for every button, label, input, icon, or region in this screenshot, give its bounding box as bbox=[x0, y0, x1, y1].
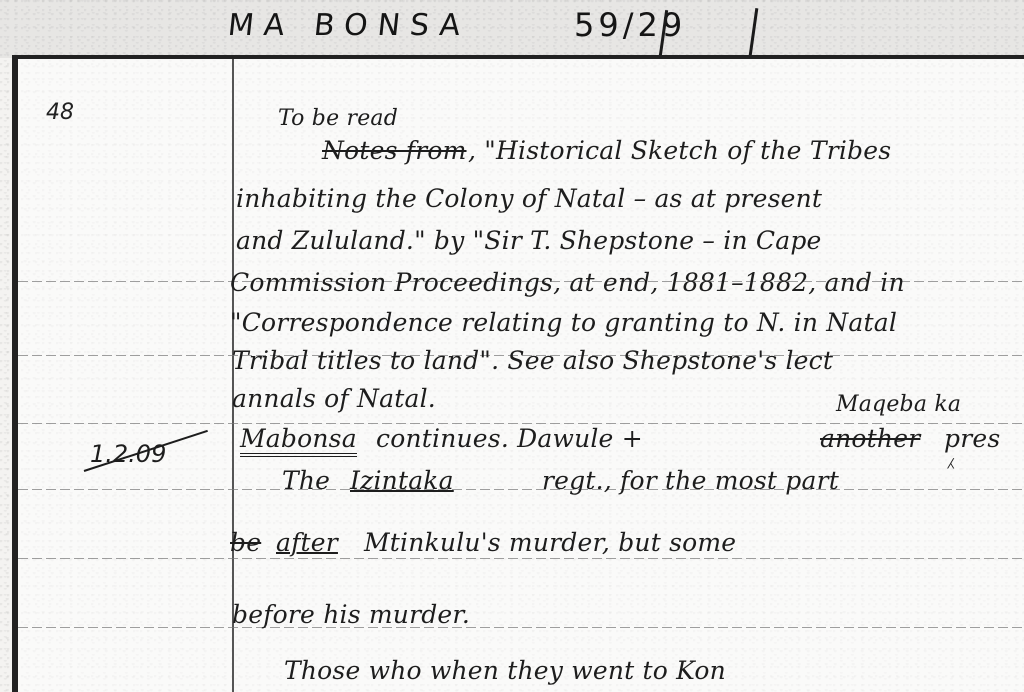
text-line: Tribal titles to land". See also Shepsto… bbox=[232, 346, 833, 375]
document-title: MA BONSA bbox=[226, 8, 472, 43]
struck-be: be bbox=[230, 528, 261, 557]
ruled-line bbox=[18, 558, 1024, 559]
annotation-to-be-read: To be read bbox=[278, 106, 398, 131]
regiment-izintaka: Izintaka bbox=[350, 466, 454, 495]
heading-mabonsa: Mabonsa bbox=[240, 424, 357, 457]
text-line: regt., for the most part bbox=[542, 466, 839, 495]
header-band bbox=[0, 0, 1024, 58]
text-line: annals of Natal. bbox=[232, 384, 436, 413]
text-line: "Correspondence relating to granting to … bbox=[230, 308, 897, 337]
insertion-maqeba-ka: Maqeba ka bbox=[836, 392, 961, 417]
text-line: and Zululand." by "Sir T. Shepstone – in… bbox=[236, 226, 822, 255]
text-line: The bbox=[282, 466, 330, 495]
text-line: Mtinkulu's murder, but some bbox=[364, 528, 736, 557]
emphasis-after: after bbox=[276, 528, 338, 557]
text-line: continues. Dawule + bbox=[376, 424, 643, 453]
document-reference: 59/29 bbox=[574, 6, 686, 44]
text-line: Commission Proceedings, at end, 1881–188… bbox=[230, 268, 905, 297]
insertion-caret: ⁁ bbox=[948, 444, 954, 469]
folio-number: 48 bbox=[46, 100, 74, 125]
text-line: inhabiting the Colony of Natal – as at p… bbox=[236, 184, 822, 213]
text-line: , "Historical Sketch of the Tribes bbox=[468, 136, 891, 165]
ruled-line bbox=[18, 489, 1024, 490]
text-line: Those who when they went to Kon bbox=[284, 656, 726, 685]
struck-another: another bbox=[820, 424, 920, 453]
text-line: before his murder. bbox=[232, 600, 470, 629]
ruled-line bbox=[18, 627, 1024, 628]
struck-notes-from: Notes from bbox=[322, 136, 467, 165]
margin-rule bbox=[232, 59, 234, 692]
